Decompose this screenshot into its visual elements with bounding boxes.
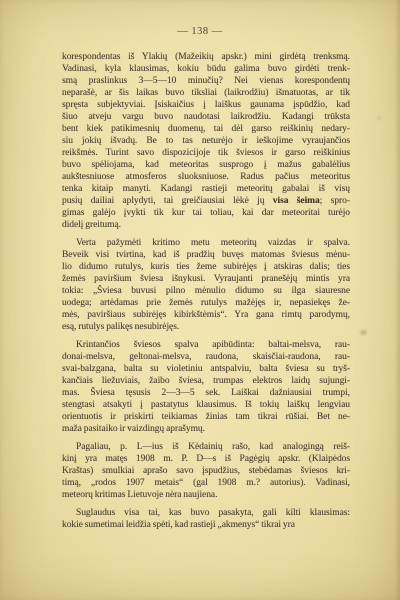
text-line: smą praslinkus 3—5—10 minučių? Nei viena… [62, 75, 350, 87]
paragraph: korespondentas iš Ylakių (Mažeikių apskr… [62, 51, 350, 231]
text-line: Beveik visi tvirtina, kad iš pradžių buv… [62, 249, 350, 261]
text-line: lio didumo rutulys, kuris ties žeme subi… [62, 261, 350, 273]
text-line: stengtasi atsakyti į pastatytus klausimu… [62, 399, 350, 411]
text-line: žemės paviršium šviesa išnykusi. Vyrauja… [62, 273, 350, 285]
text-line: spręsta subjektyviai. Įsiskaičius į laiš… [62, 99, 350, 111]
text-line: tenka kitaip manyti. Kadangi rastieji me… [62, 183, 350, 195]
text-line: mas. Šviesa tęsusis 2—3—5 sek. Laiškai d… [62, 387, 350, 399]
text-segment: ; spro- [320, 196, 350, 206]
text-line: Kraštas) smulkiai aprašo savo įspudžius,… [62, 465, 350, 477]
text-segment: pusių dailiai aplydyti, tai greičiausiai… [62, 196, 273, 206]
scanned-book-page: — 138 — korespondentas iš Ylakių (Mažeik… [0, 0, 400, 600]
text-line: kokie sumetimai leidžia spėti, kad rasti… [62, 519, 350, 531]
paragraph: Verta pažymėti kritimo metu meteoritų va… [62, 237, 350, 333]
text-line: Suglaudus visa tai, kas buvo pasakyta, g… [62, 507, 350, 519]
paragraph: Pagaliau, p. L—ius iš Kėdainių rašo, kad… [62, 441, 350, 501]
text-line: buvo spėliojama, kad meteoritas susprogo… [62, 159, 350, 171]
text-line: reikšmės. Turint savo dispozicijoje tik … [62, 147, 350, 159]
text-line: svai-balzgana, balta su violetiniu antsp… [62, 363, 350, 375]
text-line: maža pasitaiko ir vaizdingų aprašymų. [62, 423, 350, 435]
text-line: mės, paviršiaus subirėjęs kibirkštėmis“.… [62, 309, 350, 321]
paragraph: Krintančios šviesos spalva apibūdinta: b… [62, 339, 350, 435]
text-line: pusių dailiai aplydyti, tai greičiausiai… [62, 195, 350, 207]
paper-stain [360, 330, 367, 335]
page-number: — 138 — [0, 26, 400, 37]
text-line: kinį yra matęs 1908 m. P. D—s iš Pagėgių… [62, 453, 350, 465]
text-line: didelį greitumą. [62, 219, 350, 231]
paragraph: Suglaudus visa tai, kas buvo pasakyta, g… [62, 507, 350, 531]
text-line: neparašė, ar šis laikas buvo tiksliai (l… [62, 87, 350, 99]
text-line: meteorų kritimas Lietuvoje nėra naujiena… [62, 489, 350, 501]
text-line: Pagaliau, p. L—ius iš Kėdainių rašo, kad… [62, 441, 350, 453]
text-line: donai-melsva, geltonai-melsva, raudona, … [62, 351, 350, 363]
text-line: Vadinasi, kyla klausimas, kokiu būdu gal… [62, 63, 350, 75]
text-line: šiuo atveju vargu buvo naudotasi laikrod… [62, 111, 350, 123]
text-line: korespondentas iš Ylakių (Mažeikių apskr… [62, 51, 350, 63]
text-line: Verta pažymėti kritimo metu meteoritų va… [62, 237, 350, 249]
text-line: siu jokių išvadų. Be to tas neturėjo ir … [62, 135, 350, 147]
text-line: gimas galėjo įvykti tik kur tai toliau, … [62, 207, 350, 219]
text-line: Krintančios šviesos spalva apibūdinta: b… [62, 339, 350, 351]
text-line: kančiais liežuviais, žaibo šviesa, trump… [62, 375, 350, 387]
page-edge-shading [394, 0, 400, 600]
text-line: tokia: „Šviesa buvusi pilno mėnulio didu… [62, 285, 350, 297]
text-line: orientuotis ir priskirti teikiamas žinia… [62, 411, 350, 423]
text-block: korespondentas iš Ylakių (Mažeikių apskr… [62, 51, 350, 531]
emphasized-text: visa šeima [273, 196, 320, 206]
text-line: bent kiek patikimesnių duomenų, tai dėl … [62, 123, 350, 135]
paper-stain [377, 116, 381, 120]
text-line: timą, „rodos 1907 metais“ (gal 1908 m.? … [62, 477, 350, 489]
text-line: uodega; artėdamas prie žemės rutulys maž… [62, 297, 350, 309]
text-line: aukštesniuose atmosferos sluoksniuose. R… [62, 171, 350, 183]
text-line: esą, rutulys palikęs nesubirėjęs. [62, 321, 350, 333]
